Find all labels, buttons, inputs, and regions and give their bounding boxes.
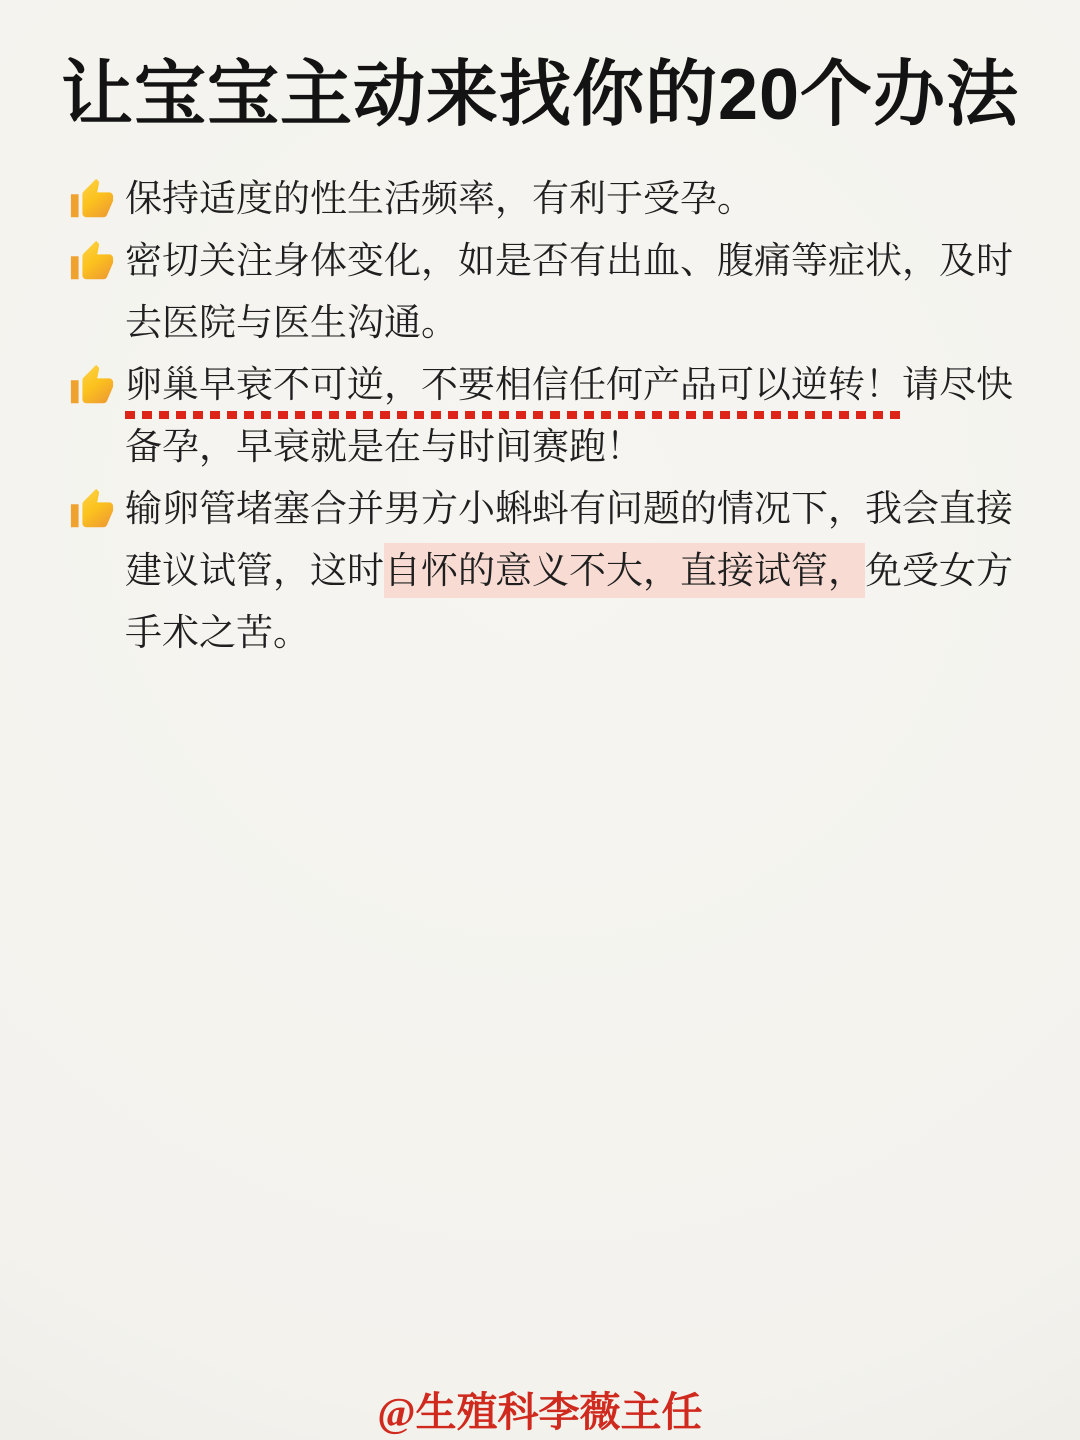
post-card: 让宝宝主动来找你的20个办法 保持适度的性生活频率，有利于受孕。 密切关注身体变… bbox=[0, 0, 1080, 1440]
text-segment-plain: 保持适度的性生活频率，有利于受孕。 bbox=[125, 178, 754, 219]
thumbs-up-icon bbox=[69, 487, 115, 533]
text-segment-plain: 密切关注身体变化，如是否有出血、腹痛等症状，及时去医院与医生沟通。 bbox=[125, 240, 1013, 343]
page-title: 让宝宝主动来找你的20个办法 bbox=[36, 50, 1044, 140]
text-segment-highlight-pink: 直接试管， bbox=[680, 543, 865, 598]
bullet-text: 卵巢早衰不可逆，不要相信任何产品可以逆转！请尽快备孕，早衰就是在与时间赛跑！ bbox=[125, 364, 1013, 467]
list-item-3: 卵巢早衰不可逆，不要相信任何产品可以逆转！请尽快备孕，早衰就是在与时间赛跑！ bbox=[73, 354, 1027, 478]
text-segment-underline-red-dashed: 卵巢早衰不可逆，不要相信任何产品可以逆转！ bbox=[125, 364, 902, 419]
thumbs-up-icon bbox=[69, 239, 115, 285]
text-segment-highlight-pink: 自怀的意义不大， bbox=[384, 543, 680, 598]
list-item-4: 输卵管堵塞合并男方小蝌蚪有问题的情况下，我会直接建议试管，这时自怀的意义不大，直… bbox=[73, 478, 1027, 664]
bullet-text: 保持适度的性生活频率，有利于受孕。 bbox=[125, 178, 754, 219]
bullet-text: 输卵管堵塞合并男方小蝌蚪有问题的情况下，我会直接建议试管，这时自怀的意义不大，直… bbox=[125, 488, 1013, 653]
thumbs-up-icon bbox=[69, 177, 115, 223]
author-watermark: @生殖科李薇主任 bbox=[0, 1379, 1080, 1438]
thumbs-up-icon bbox=[69, 363, 115, 409]
bullet-text: 密切关注身体变化，如是否有出血、腹痛等症状，及时去医院与医生沟通。 bbox=[125, 240, 1013, 343]
list-item-1: 保持适度的性生活频率，有利于受孕。 bbox=[73, 168, 1027, 230]
list-item-2: 密切关注身体变化，如是否有出血、腹痛等症状，及时去医院与医生沟通。 bbox=[73, 230, 1027, 354]
bullet-list: 保持适度的性生活频率，有利于受孕。 密切关注身体变化，如是否有出血、腹痛等症状，… bbox=[73, 168, 1027, 664]
